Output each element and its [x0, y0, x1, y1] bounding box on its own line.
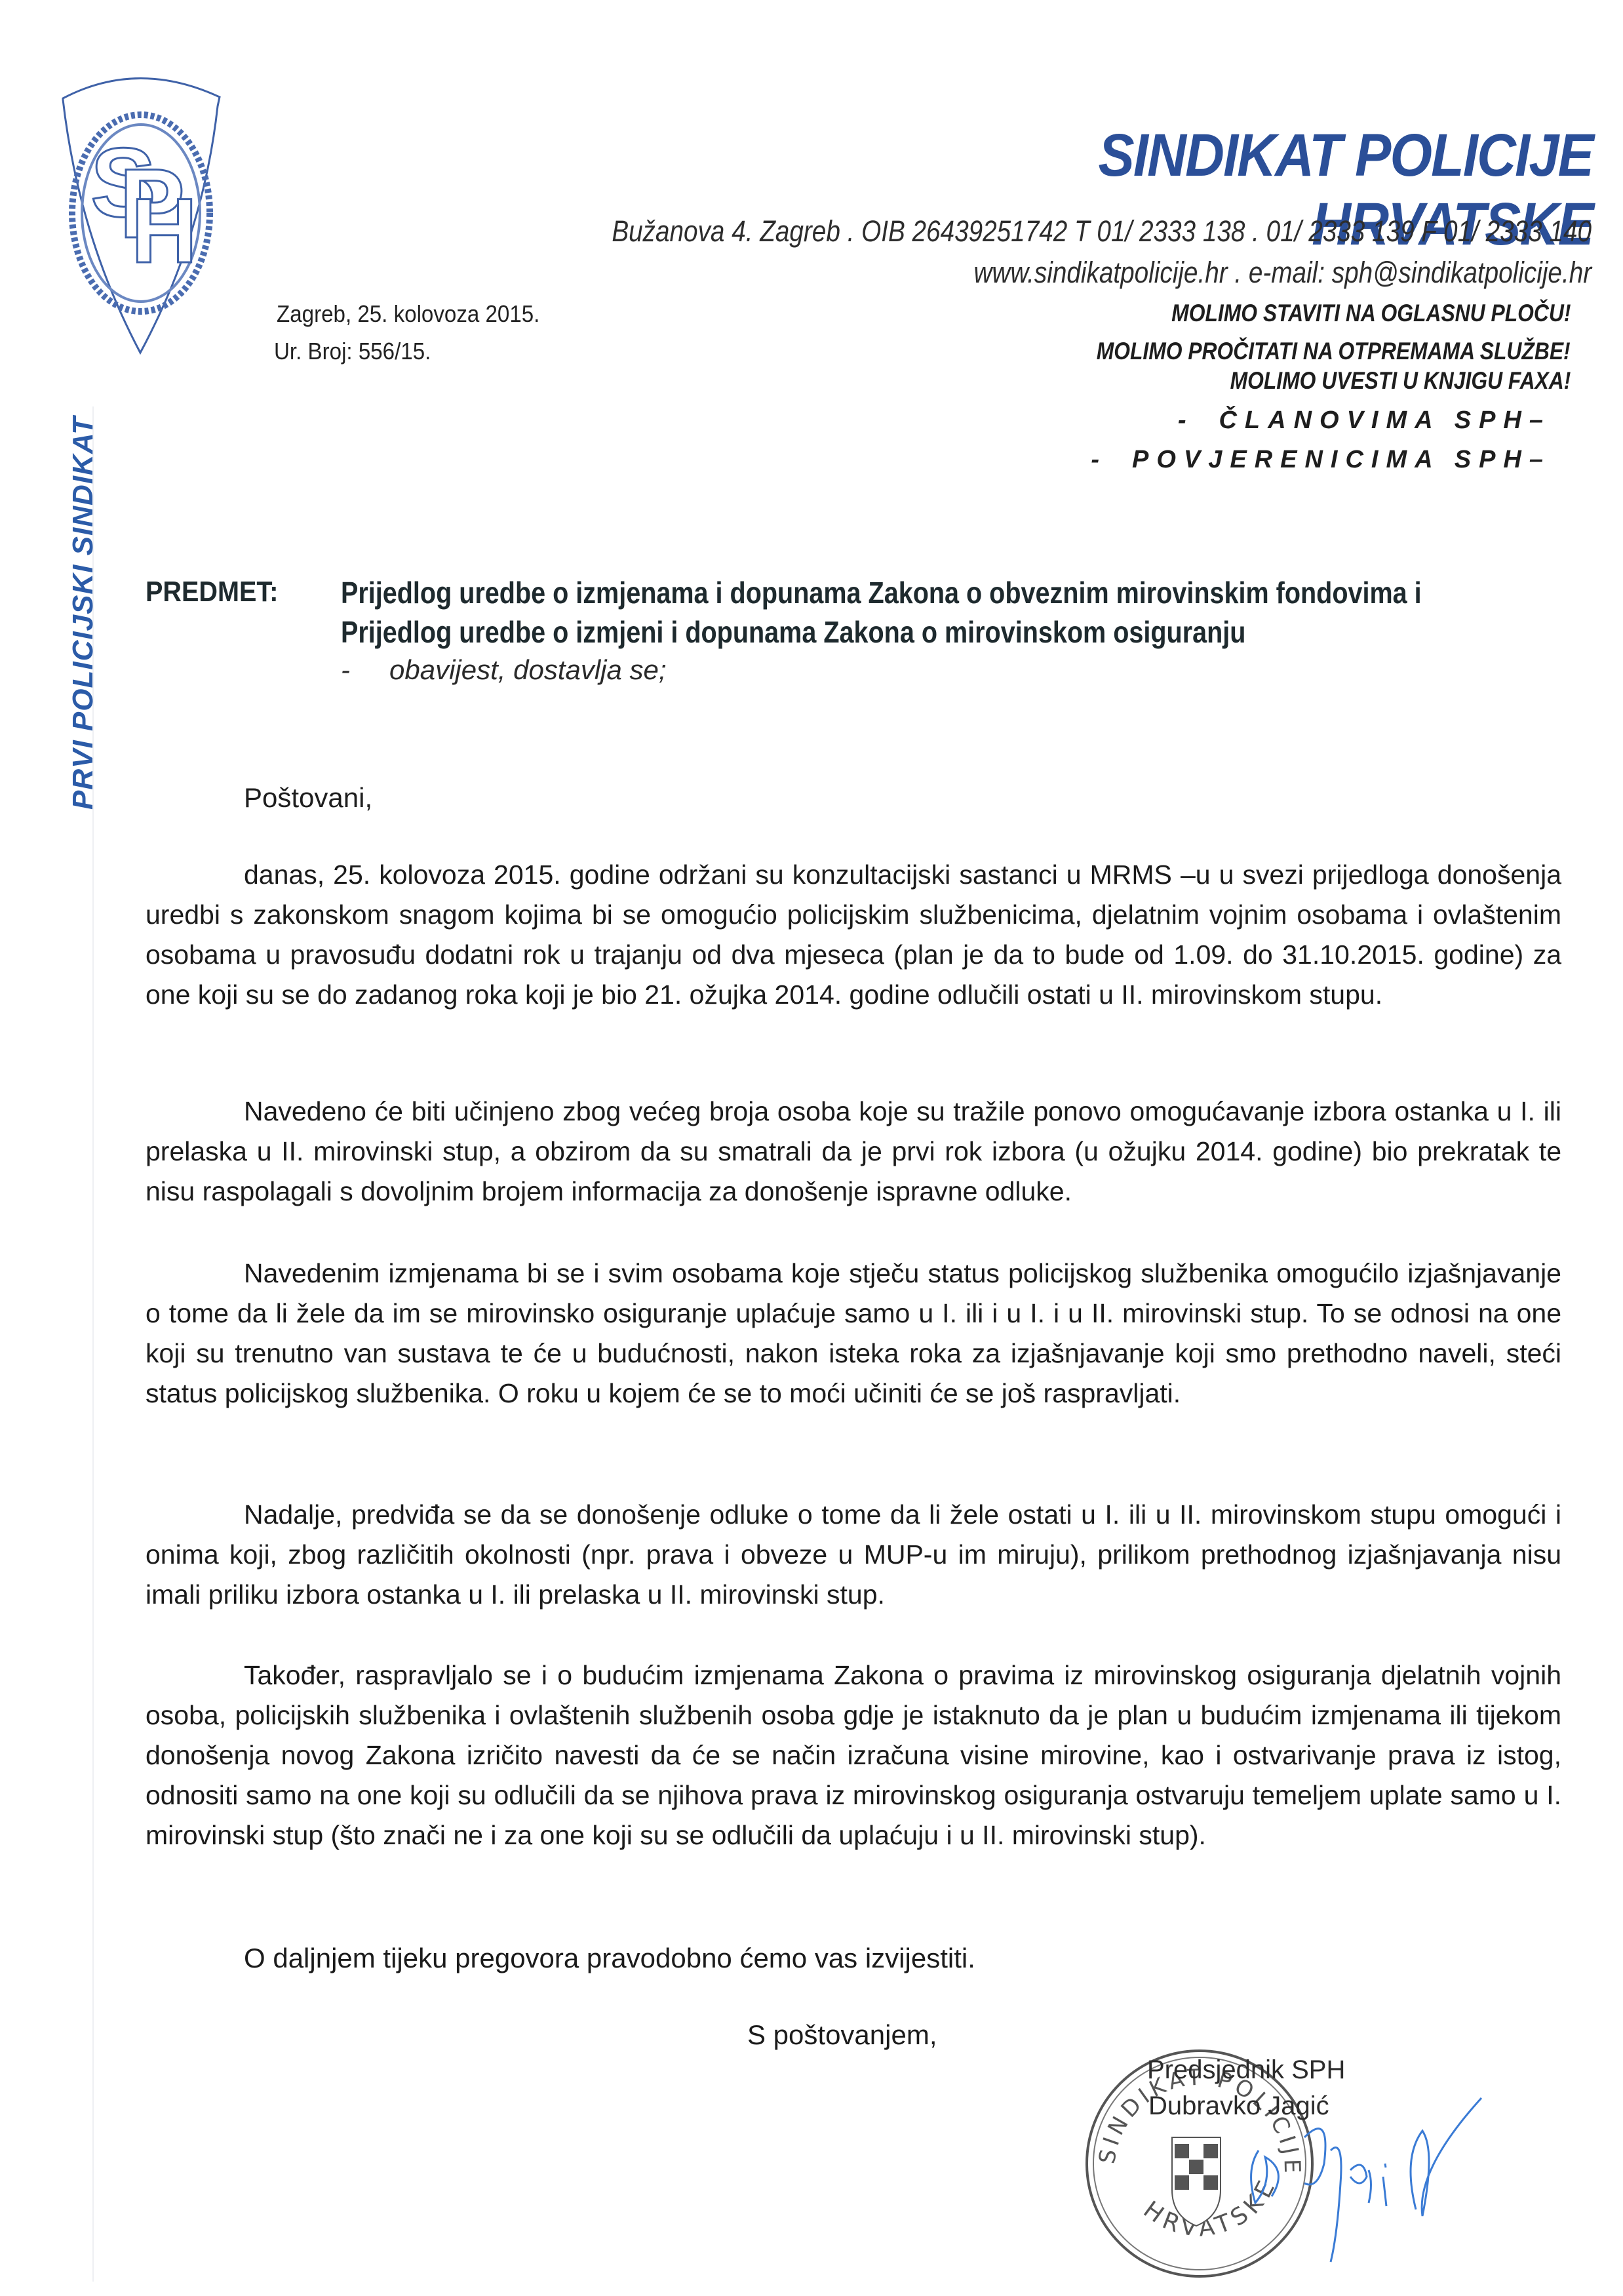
closing-line: O daljnjem tijeku pregovora pravodobno ć…	[244, 1943, 975, 1974]
reference-number: Ur. Broj: 556/15.	[274, 338, 431, 365]
recipient-label: ČLANOVIMA SPH–	[1219, 406, 1551, 434]
subject-line-2: Prijedlog uredbe o izmjeni i dopunama Za…	[341, 614, 1412, 650]
notice-fax-log: MOLIMO UVESTI U KNJIGU FAXA!	[1230, 367, 1571, 395]
subject-note-text: obavijest, dostavlja se;	[389, 654, 667, 685]
greeting: Poštovani,	[244, 782, 372, 814]
notice-read-out: MOLIMO PROČITATI NA OTPREMAMA SLUŽBE!	[1097, 338, 1571, 365]
body-paragraph: Također, raspravljalo se i o budućim izm…	[146, 1655, 1561, 1855]
body-paragraph: Navedeno će biti učinjeno zbog većeg bro…	[146, 1092, 1561, 1212]
recipient-members: -ČLANOVIMA SPH–	[1178, 406, 1551, 435]
subject-note-dash: -	[341, 654, 350, 685]
subject-note: -obavijest, dostavlja se;	[341, 654, 667, 686]
document-date: Zagreb, 25. kolovoza 2015.	[277, 300, 539, 328]
subject-line-1: Prijedlog uredbe o izmjenama i dopunama …	[341, 575, 1412, 610]
body-paragraph: danas, 25. kolovoza 2015. godine održani…	[146, 855, 1561, 1015]
recipient-dash: -	[1178, 406, 1194, 434]
paragraph-text: Navedeno će biti učinjeno zbog većeg bro…	[146, 1092, 1561, 1212]
address-line: Bužanova 4. Zagreb . OIB 26439251742 T 0…	[612, 214, 1592, 248]
svg-text:H: H	[131, 179, 197, 282]
body-paragraph: Nadalje, predviđa se da se donošenje odl…	[146, 1495, 1561, 1615]
handwritten-signature	[1226, 2072, 1501, 2282]
recipient-label: POVJERENICIMA SPH–	[1132, 446, 1551, 473]
signature-icon	[1226, 2072, 1501, 2282]
paragraph-text: Nadalje, predviđa se da se donošenje odl…	[146, 1495, 1561, 1615]
recipient-dash: -	[1091, 446, 1107, 473]
subject-label: PREDMET:	[146, 576, 278, 608]
paragraph-text: danas, 25. kolovoza 2015. godine održani…	[146, 855, 1561, 1015]
regards: S poštovanjem,	[747, 2019, 937, 2051]
web-email-line[interactable]: www.sindikatpolicije.hr . e-mail: sph@si…	[973, 256, 1592, 290]
recipient-representatives: -POVJERENICIMA SPH–	[1091, 446, 1551, 474]
body-paragraph: Navedenim izmjenama bi se i svim osobama…	[146, 1254, 1561, 1414]
paragraph-text: Također, raspravljalo se i o budućim izm…	[146, 1655, 1561, 1855]
side-slogan: PRVI POLICIJSKI SINDIKAT	[67, 416, 100, 810]
paragraph-text: Navedenim izmjenama bi se i svim osobama…	[146, 1254, 1561, 1414]
notice-bulletin-board: MOLIMO STAVITI NA OGLASNU PLOČU!	[1171, 300, 1571, 327]
